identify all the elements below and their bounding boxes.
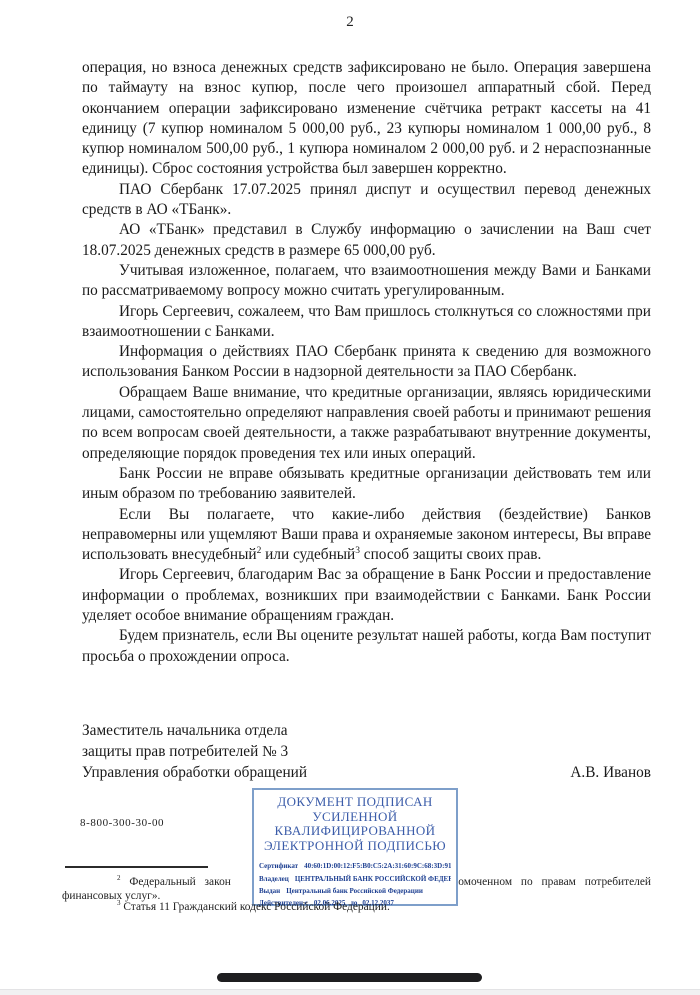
owner-label: Владелец [259,875,289,883]
stamp-title-line: УСИЛЕННОЙ [254,810,456,825]
stamp-title-line: ЭЛЕКТРОННОЙ ПОДПИСЬЮ [254,839,456,854]
paragraph-with-footnote-refs: Если Вы полагаете, что какие-либо действ… [82,505,651,566]
footnote-2-start: 2 Федеральный закон [117,876,231,889]
signer-title-line: Заместитель начальника отдела [82,720,651,741]
page-number: 2 [0,14,700,31]
bottom-edge-strip [0,989,700,995]
footnote-2-end: омоченном по правам потребителей [458,876,651,889]
paragraph: АО «ТБанк» представил в Службу информаци… [82,220,651,261]
certificate-value: 40:60:1D:00:12:F5:B0:C5:2A:31:60:9C:68:3… [304,862,451,870]
footnote-divider [65,866,208,868]
stamp-title-line: КВАЛИФИЦИРОВАННОЙ [254,824,456,839]
stamp-title: ДОКУМЕНТ ПОДПИСАН УСИЛЕННОЙ КВАЛИФИЦИРОВ… [254,795,456,853]
paragraph: Информация о действиях ПАО Сбербанк прин… [82,342,651,383]
paragraph: Банк России не вправе обязывать кредитны… [82,464,651,505]
paragraph-text: или судебный [261,546,355,563]
paragraph: операция, но взноса денежных средств заф… [82,58,651,180]
stamp-certificate-line: Сертификат40:60:1D:00:12:F5:B0:C5:2A:31:… [259,860,451,872]
signer-title-row: Управления обработки обращений А.В. Иван… [82,762,651,783]
stamp-issued-line: ВыданЦентральный банк Российской Федерац… [259,885,451,897]
paragraph: Обращаем Ваше внимание, что кредитные ор… [82,383,651,464]
signature-block: Заместитель начальника отдела защиты пра… [82,720,651,783]
letter-body: операция, но взноса денежных средств заф… [82,58,651,667]
signer-name: А.В. Иванов [570,762,651,783]
document-page: 2 операция, но взноса денежных средств з… [0,0,700,995]
paragraph: Учитывая изложенное, полагаем, что взаим… [82,261,651,302]
home-indicator-bar[interactable] [217,973,482,982]
footnote-3-text: Статья 11 Гражданский кодекс Российской … [121,901,390,913]
signer-title-line: защиты прав потребителей № 3 [82,741,651,762]
issued-label: Выдан [259,887,280,895]
paragraph: Игорь Сергеевич, благодарим Вас за обращ… [82,565,651,626]
certificate-label: Сертификат [259,862,298,870]
paragraph: Игорь Сергеевич, сожалеем, что Вам пришл… [82,302,651,343]
paragraph-text: способ защиты своих прав. [360,546,541,563]
footnote-2-text: Федеральный закон [121,876,231,888]
signer-title-line: Управления обработки обращений [82,762,307,783]
digital-signature-stamp: ДОКУМЕНТ ПОДПИСАН УСИЛЕННОЙ КВАЛИФИЦИРОВ… [252,788,458,906]
paragraph: Будем признатель, если Вы оцените резуль… [82,626,651,667]
contact-phone: 8-800-300-30-00 [80,817,164,829]
stamp-owner-line: ВладелецЦЕНТРАЛЬНЫЙ БАНК РОССИЙСКОЙ ФЕДЕ… [259,873,451,885]
paragraph: ПАО Сбербанк 17.07.2025 принял диспут и … [82,180,651,221]
owner-value: ЦЕНТРАЛЬНЫЙ БАНК РОССИЙСКОЙ ФЕДЕРАЦИИ [295,875,451,883]
footnote-3: 3 Статья 11 Гражданский кодекс Российско… [117,901,390,914]
stamp-title-line: ДОКУМЕНТ ПОДПИСАН [254,795,456,810]
issued-value: Центральный банк Российской Федерации [286,887,423,895]
